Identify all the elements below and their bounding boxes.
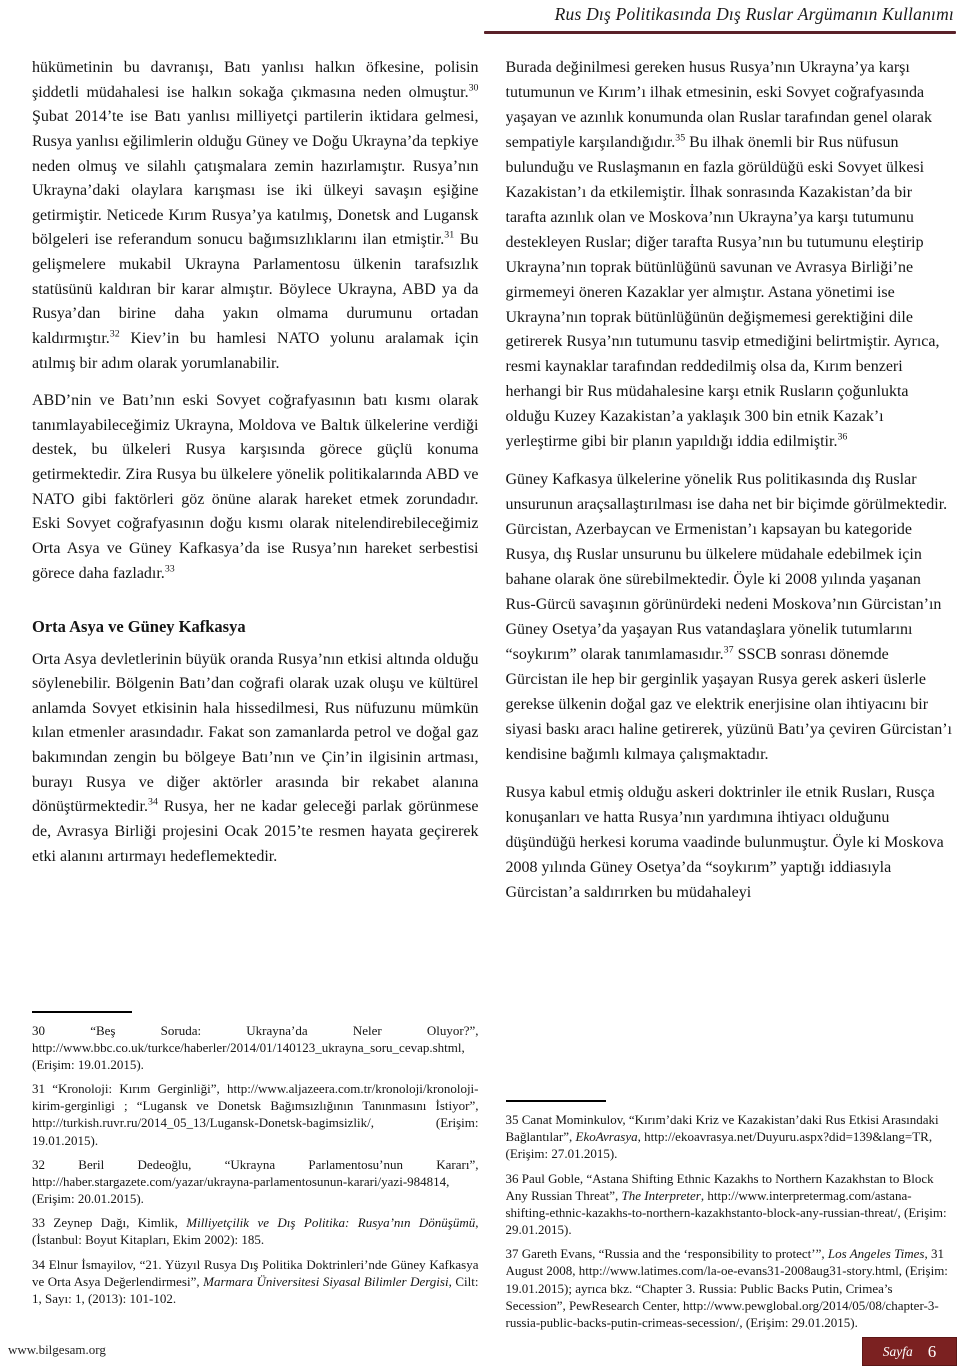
footnote-ref: 30 <box>469 82 479 93</box>
paragraph: Güney Kafkasya ülkelerine yönelik Rus po… <box>506 468 953 767</box>
running-head-title: Rus Dış Politikasında Dış Ruslar Argüman… <box>484 4 956 25</box>
footnote-30: 30 “Beş Soruda: Ukrayna’da Neler Oluyor?… <box>32 1022 479 1073</box>
paragraph: Rusya kabul etmiş olduğu askeri doktrinl… <box>506 781 953 906</box>
footnote-36: 36 Paul Goble, “Astana Shifting Ethnic K… <box>506 1170 953 1239</box>
text-segment: Marmara Üniversitesi Siyasal Bilimler De… <box>203 1274 448 1289</box>
footnotes-right: 35 Canat Mominkulov, “Kırım’daki Kriz ve… <box>506 1100 953 1331</box>
paragraph: hükümetinin bu davranışı, Batı yanlısı h… <box>32 56 479 376</box>
footnote-ref: 34 <box>148 797 158 808</box>
footnote-31: 31 “Kronoloji: Kırım Gerginliği”, http:/… <box>32 1080 479 1149</box>
paragraph: Burada değinilmesi gereken husus Rusya’n… <box>506 56 953 455</box>
text-segment: The Interpreter <box>622 1188 701 1203</box>
footnote-35: 35 Canat Mominkulov, “Kırım’daki Kriz ve… <box>506 1111 953 1162</box>
page-number-box: Sayfa 6 <box>862 1337 957 1366</box>
section-heading: Orta Asya ve Güney Kafkasya <box>32 614 479 639</box>
text-segment: EkoAvrasya <box>576 1129 638 1144</box>
footnote-separator <box>506 1100 606 1102</box>
text-segment: hükümetinin bu davranışı, Batı yanlısı h… <box>32 59 479 101</box>
paragraph: ABD’nin ve Batı’nın eski Sovyet coğrafya… <box>32 389 479 586</box>
page-number: 6 <box>928 1342 937 1362</box>
text-segment: 33 Zeynep Dağı, Kimlik, <box>32 1215 186 1230</box>
text-segment: Rusya kabul etmiş olduğu askeri doktrinl… <box>506 784 944 901</box>
footnotes-left: 30 “Beş Soruda: Ukrayna’da Neler Oluyor?… <box>32 1011 479 1307</box>
text-segment: 31 “Kronoloji: Kırım Gerginliği”, http:/… <box>32 1081 479 1147</box>
text-segment: Bu ilhak önemli bir Rus nüfusun bulunduğ… <box>506 134 940 450</box>
text-segment: 30 “Beş Soruda: Ukrayna’da Neler Oluyor?… <box>32 1023 479 1072</box>
column-right: Burada değinilmesi gereken husus Rusya’n… <box>506 56 953 1331</box>
footnote-ref: 37 <box>724 645 734 656</box>
text-segment: ABD’nin ve Batı’nın eski Sovyet coğrafya… <box>32 392 479 581</box>
paragraph: Orta Asya devletlerinin büyük oranda Rus… <box>32 648 479 870</box>
text-segment: 32 Beril Dedeoğlu, “Ukrayna Parlamentosu… <box>32 1157 479 1206</box>
text-segment: Orta Asya devletlerinin büyük oranda Rus… <box>32 651 479 816</box>
footnote-37: 37 Gareth Evans, “Russia and the ‘respon… <box>506 1245 953 1331</box>
text-segment: Güney Kafkasya ülkelerine yönelik Rus po… <box>506 471 948 663</box>
text-segment: Milliyetçilik ve Dış Politika: Rusya’nın… <box>186 1215 475 1230</box>
footnote-ref: 31 <box>444 230 454 241</box>
footnote-34: 34 Elnur İsmayilov, “21. Yüzyıl Rusya Dı… <box>32 1256 479 1307</box>
page-label: Sayfa <box>883 1344 913 1360</box>
header-rule <box>484 31 956 34</box>
footnote-ref: 32 <box>110 329 120 340</box>
page-header: Rus Dış Politikasında Dış Ruslar Argüman… <box>484 4 956 34</box>
footnote-33: 33 Zeynep Dağı, Kimlik, Milliyetçilik ve… <box>32 1214 479 1248</box>
footer-site-url: www.bilgesam.org <box>8 1342 106 1358</box>
footnote-separator <box>32 1011 132 1013</box>
text-segment: 37 Gareth Evans, “Russia and the ‘respon… <box>506 1246 828 1261</box>
footnote-ref: 36 <box>837 432 847 443</box>
body-columns: hükümetinin bu davranışı, Batı yanlısı h… <box>32 56 952 1331</box>
footnote-ref: 33 <box>165 563 175 574</box>
text-segment: Los Angeles Times <box>828 1246 925 1261</box>
footnote-ref: 35 <box>675 133 685 144</box>
document-page: Rus Dış Politikasında Dış Ruslar Argüman… <box>0 0 960 1371</box>
column-left: hükümetinin bu davranışı, Batı yanlısı h… <box>32 56 479 1331</box>
footnote-32: 32 Beril Dedeoğlu, “Ukrayna Parlamentosu… <box>32 1156 479 1207</box>
text-segment: SSCB sonrası dönemde Gürcistan ile hep b… <box>506 646 953 763</box>
text-segment: Şubat 2014’te ise Batı yanlısı milliyetç… <box>32 108 479 248</box>
